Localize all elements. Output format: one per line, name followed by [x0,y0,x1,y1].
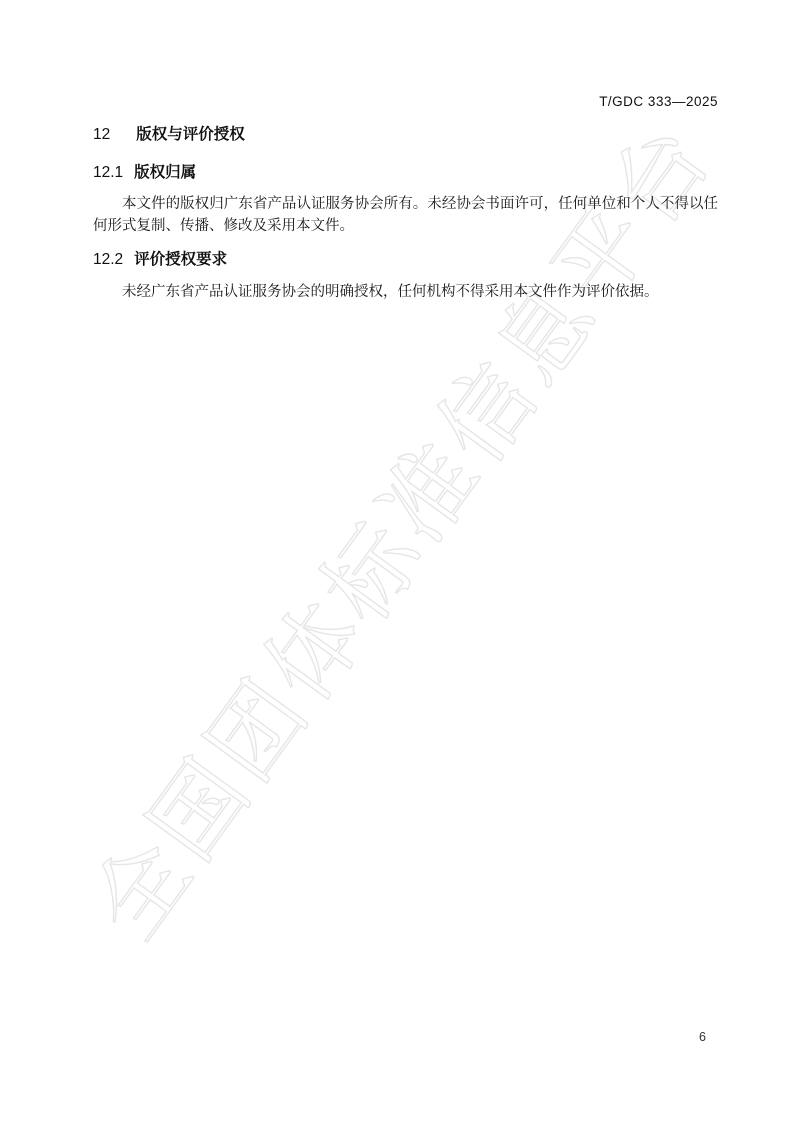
page-number: 6 [699,1030,706,1044]
section-12-1-number: 12.1 [93,164,123,181]
watermark: 全国团体标准信息平台 [78,900,794,992]
document-page: 全国团体标准信息平台 T/GDC 333—2025 12版权与评价授权 12.1… [0,0,794,1123]
section-12-2-number: 12.2 [93,251,123,268]
section-12-2-title: 评价授权要求 [134,251,227,268]
document-code-header: T/GDC 333—2025 [599,94,718,109]
section-12-number: 12 [93,126,110,143]
section-12-1-paragraph: 本文件的版权归广东省产品认证服务协会所有。未经协会书面许可，任何单位和个人不得以… [93,193,718,237]
section-12-1-heading: 12.1版权归属 [93,164,718,183]
section-12-2-paragraph: 未经广东省产品认证服务协会的明确授权，任何机构不得采用本文件作为评价依据。 [93,281,718,303]
section-12-1-title: 版权归属 [134,164,196,181]
page-content: 12版权与评价授权 12.1版权归属 本文件的版权归广东省产品认证服务协会所有。… [93,126,718,303]
section-12-2-heading: 12.2评价授权要求 [93,251,718,270]
section-12-title: 版权与评价授权 [136,126,245,143]
section-12-heading: 12版权与评价授权 [93,126,718,145]
